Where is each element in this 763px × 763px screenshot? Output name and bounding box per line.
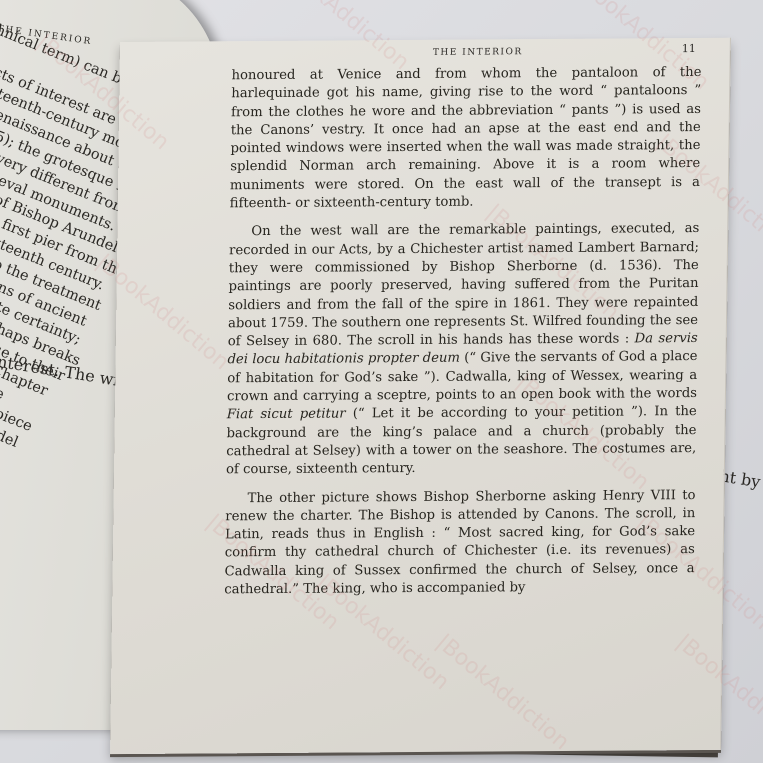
paragraph: The other picture shows Bishop Sherborne… [224,487,695,600]
right-page-body-text: honoured at Venice and from whom the pan… [224,64,702,610]
paragraph: On the west wall are the remarkable pain… [226,220,700,479]
right-page: THE INTERIOR 11 honoured at Venice and f… [110,38,731,754]
text-segment: On the west wall are the remarkable pain… [228,221,700,349]
text-segment: honoured at Venice and from whom the pan… [230,65,702,211]
text-segment: The other picture shows Bishop Sherborne… [224,488,695,598]
paragraph: honoured at Venice and from whom the pan… [230,64,702,214]
page-number: 11 [682,42,696,55]
latin-quote: Fiat sicut petitur [227,407,346,423]
right-running-head: THE INTERIOR [358,47,598,59]
